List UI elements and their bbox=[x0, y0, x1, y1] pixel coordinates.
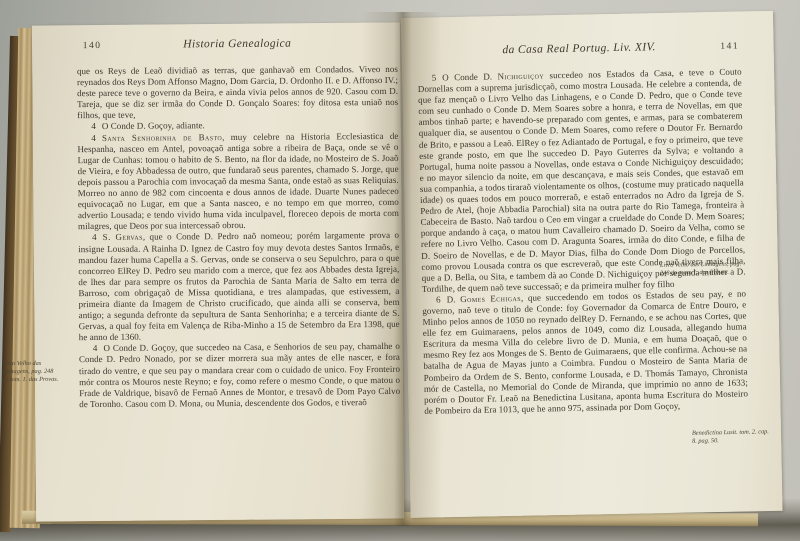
paragraph-text: D. bbox=[447, 294, 461, 304]
paragraph-text: O Conde D. Goçoy, adiante. bbox=[102, 121, 205, 132]
person-name: S. Gervas bbox=[103, 232, 143, 242]
section-number: 5 bbox=[432, 73, 437, 83]
left-page-content: 140 Historia Genealogica que os Reys de … bbox=[77, 37, 401, 410]
section-number: 6 bbox=[436, 294, 441, 304]
paragraph-text: succedeo nos Estados da Casa, e teve o C… bbox=[418, 66, 746, 293]
margin-note-benedictina: Benedictina Lusit. tom. 2. cap. 8. pag. … bbox=[692, 428, 772, 446]
paragraph-gomes-echigas: 6D. Gomes Echigas, que succedendo em tod… bbox=[422, 288, 748, 417]
right-page-content: da Casa Real Portug. Liv. XIV. 141 5O Co… bbox=[417, 39, 748, 416]
margin-note-livro-velho-left: Livro Velho das Linhagens, pag. 248 no t… bbox=[2, 360, 60, 384]
margin-note-livro-velho-right: Livro Velho das Linhagens, pag. 248 do t… bbox=[660, 260, 752, 278]
paragraph-text: O Conde D. bbox=[442, 71, 498, 82]
right-page-body: 5O Conde D. Nichiguiçoy succedeo nos Est… bbox=[418, 66, 749, 416]
section-number: 4 bbox=[91, 121, 96, 131]
paragraph-text: , que o Conde D. Pedro naõ nomeou; porém… bbox=[78, 230, 400, 342]
section-number: 4 bbox=[92, 232, 97, 242]
page-number-140: 140 bbox=[83, 41, 102, 51]
paragraph-text: , muy celebre na Historia Ecclesiastica … bbox=[77, 130, 399, 231]
paragraph-text: , que succedendo em todos os Estados de … bbox=[422, 288, 748, 415]
section-number: 4 bbox=[91, 133, 96, 143]
person-name: Santa Senhorinha de Basto bbox=[102, 132, 222, 143]
paragraph-text: O Conde D. Goçoy, que succedeo na Casa, … bbox=[79, 341, 400, 409]
person-name: Gomes Echigas bbox=[460, 293, 521, 304]
left-page-body: que os Reys de Leaõ dividiaõ as terras, … bbox=[77, 64, 400, 410]
page-number-141: 141 bbox=[720, 42, 739, 52]
section-number: 4 bbox=[93, 343, 98, 353]
person-name: Nichiguiçoy bbox=[497, 70, 544, 81]
running-title-left: Historia Genealogica bbox=[77, 37, 398, 51]
paragraph-s-gervas: 4S. Gervas, que o Conde D. Pedro naõ nom… bbox=[78, 230, 400, 343]
paragraph-continuation: que os Reys de Leaõ dividiaõ as terras, … bbox=[77, 64, 398, 122]
left-page-header: 140 Historia Genealogica bbox=[77, 37, 398, 55]
paragraph-conde-goncoy: 4O Conde D. Goçoy, que succedeo na Casa,… bbox=[79, 341, 400, 410]
paragraph-santa-senhorinha: 4Santa Senhorinha de Basto, muy celebre … bbox=[77, 130, 399, 232]
book-photo: 140 Historia Genealogica que os Reys de … bbox=[0, 0, 800, 541]
